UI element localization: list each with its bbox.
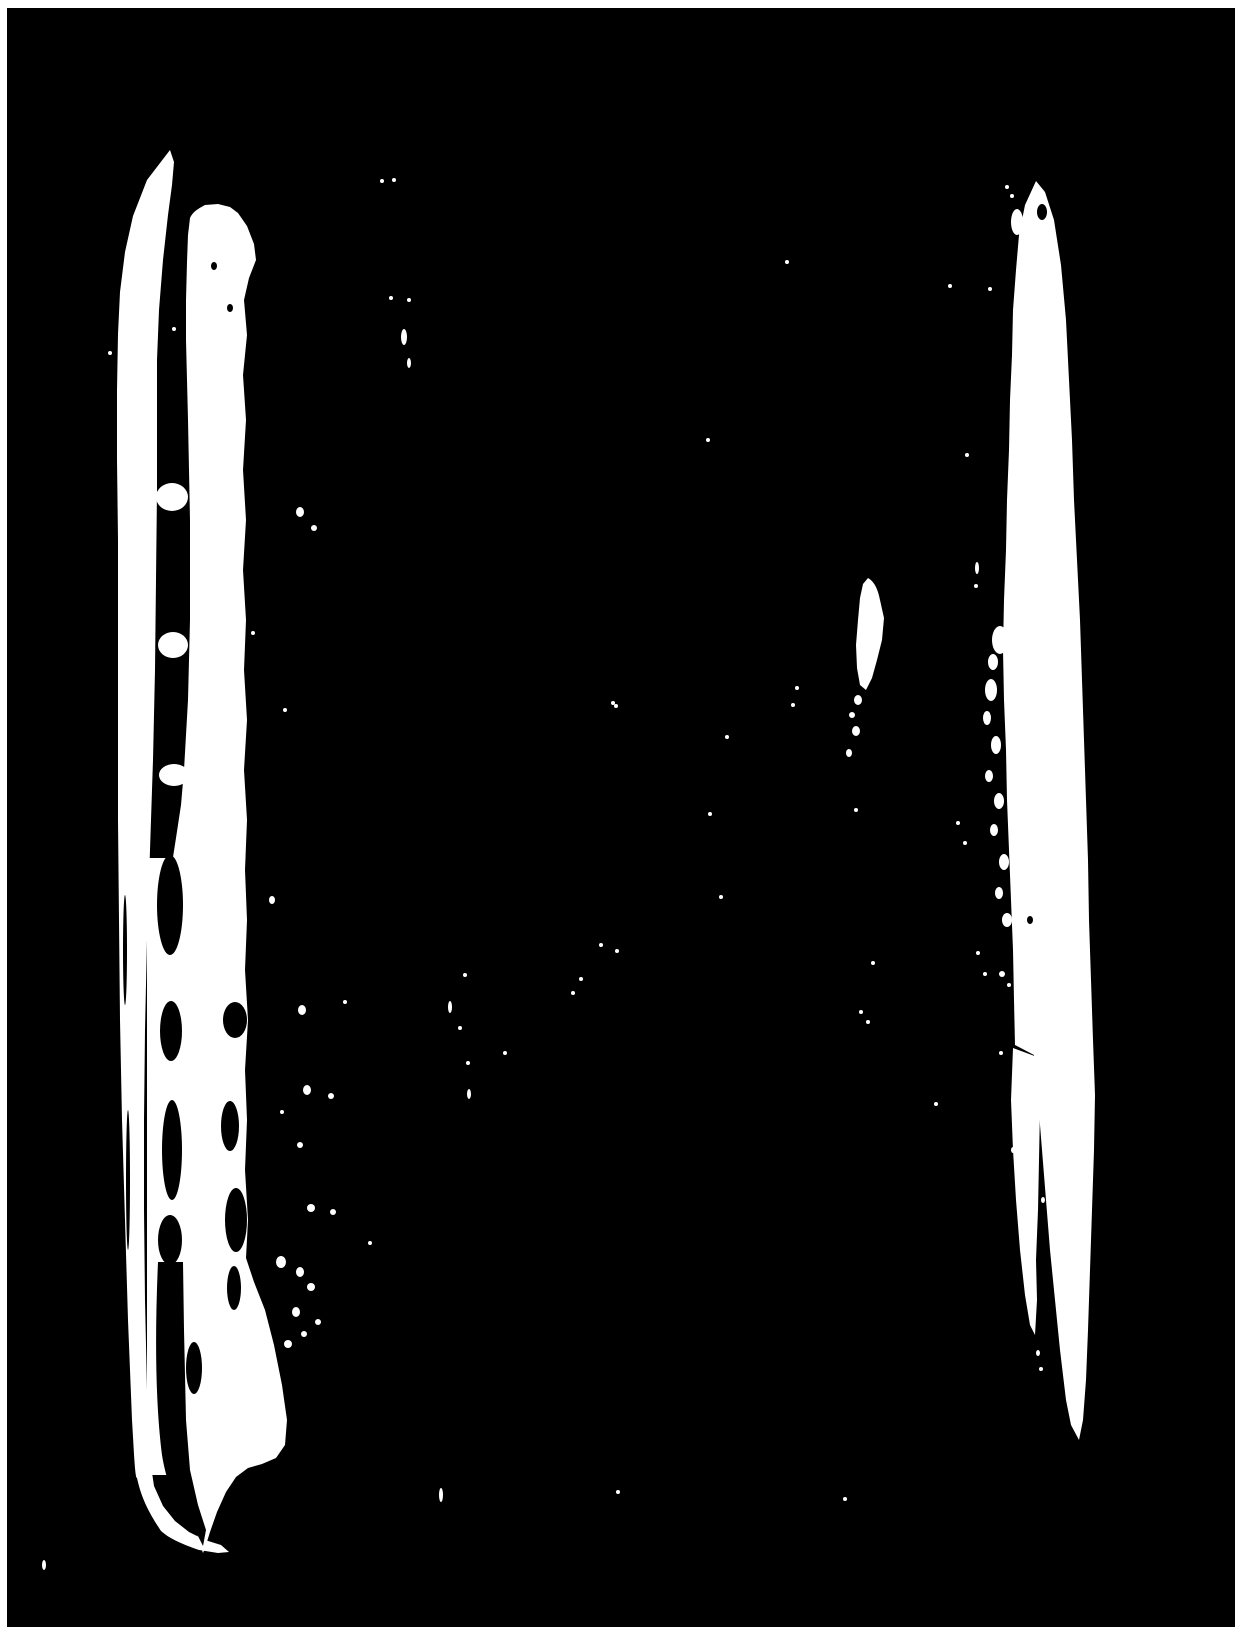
speckle-0 bbox=[156, 483, 188, 511]
speckle-60 bbox=[963, 841, 967, 845]
speckle-9 bbox=[994, 793, 1004, 809]
speckle-84 bbox=[297, 1142, 303, 1148]
speckle-27 bbox=[311, 525, 317, 531]
speckle-68 bbox=[1005, 185, 1009, 189]
speckle-88 bbox=[343, 1000, 347, 1004]
speckle-66 bbox=[934, 1102, 938, 1106]
speckle-76 bbox=[616, 1490, 620, 1494]
speckle-41 bbox=[614, 704, 618, 708]
speckle-28 bbox=[251, 631, 255, 635]
speckle-80 bbox=[298, 1005, 306, 1015]
speckle-75 bbox=[439, 1488, 443, 1502]
black-inclusion-13 bbox=[123, 895, 127, 1005]
speckle-4 bbox=[988, 654, 998, 670]
speckle-5 bbox=[985, 679, 997, 701]
speckle-72 bbox=[1042, 1126, 1048, 1134]
speckle-6 bbox=[983, 711, 991, 725]
speckle-73 bbox=[1046, 1159, 1050, 1165]
speckle-86 bbox=[330, 1209, 336, 1215]
speckle-26 bbox=[296, 507, 304, 517]
black-inclusion-11 bbox=[1037, 204, 1047, 220]
speckle-24 bbox=[172, 327, 176, 331]
speckle-44 bbox=[719, 895, 723, 899]
black-inclusion-6 bbox=[221, 1101, 239, 1151]
speckle-78 bbox=[42, 1560, 46, 1570]
speckle-64 bbox=[1007, 983, 1011, 987]
speckle-32 bbox=[975, 562, 979, 574]
speckle-23 bbox=[407, 358, 411, 368]
speckle-33 bbox=[974, 584, 978, 588]
black-inclusion-5 bbox=[223, 1002, 247, 1038]
speckle-89 bbox=[276, 1256, 286, 1268]
speckle-2 bbox=[159, 764, 189, 786]
speckle-54 bbox=[467, 1089, 471, 1099]
speckle-57 bbox=[859, 1010, 863, 1014]
speckle-14 bbox=[1011, 209, 1023, 235]
speckle-12 bbox=[995, 887, 1003, 899]
black-inclusion-7 bbox=[225, 1188, 247, 1252]
black-inclusion-9 bbox=[227, 304, 233, 312]
black-inclusion-8 bbox=[227, 1266, 241, 1310]
speckle-15 bbox=[380, 179, 384, 183]
speckle-25 bbox=[108, 351, 112, 355]
speckle-79 bbox=[269, 896, 275, 904]
speckle-37 bbox=[846, 749, 852, 757]
speckle-17 bbox=[785, 260, 789, 264]
speckle-36 bbox=[852, 726, 860, 736]
speckle-61 bbox=[976, 951, 980, 955]
speckle-92 bbox=[292, 1307, 300, 1317]
black-inclusion-0 bbox=[157, 855, 183, 955]
speckle-29 bbox=[283, 708, 287, 712]
speckle-34 bbox=[854, 695, 862, 705]
binary-image-page bbox=[0, 0, 1240, 1634]
speckle-67 bbox=[1011, 1147, 1015, 1153]
speckle-49 bbox=[463, 973, 467, 977]
speckle-52 bbox=[503, 1051, 507, 1055]
speckle-71 bbox=[1039, 1367, 1043, 1371]
speckle-10 bbox=[990, 824, 998, 836]
speckle-55 bbox=[854, 808, 858, 812]
speckle-46 bbox=[615, 949, 619, 953]
speckle-8 bbox=[985, 770, 993, 782]
black-inclusion-14 bbox=[126, 1110, 130, 1250]
black-inclusion-1 bbox=[160, 1001, 182, 1061]
speckle-70 bbox=[1036, 1350, 1040, 1356]
speckle-81 bbox=[303, 1085, 311, 1095]
speckle-56 bbox=[871, 961, 875, 965]
speckle-58 bbox=[866, 1020, 870, 1024]
speckle-95 bbox=[255, 1359, 261, 1365]
speckle-91 bbox=[307, 1283, 315, 1291]
speckle-59 bbox=[956, 821, 960, 825]
black-inclusion-3 bbox=[158, 1215, 182, 1265]
speckle-96 bbox=[301, 1331, 307, 1337]
speckle-74 bbox=[1041, 1197, 1045, 1203]
speckle-19 bbox=[988, 287, 992, 291]
speckle-48 bbox=[571, 991, 575, 995]
speckle-16 bbox=[392, 178, 396, 182]
speckle-50 bbox=[448, 1001, 452, 1013]
binary-image-figure bbox=[0, 0, 1240, 1634]
speckle-20 bbox=[389, 296, 393, 300]
speckle-83 bbox=[280, 1110, 284, 1114]
speckle-42 bbox=[725, 735, 729, 739]
speckle-93 bbox=[315, 1319, 321, 1325]
speckle-51 bbox=[458, 1026, 462, 1030]
speckle-77 bbox=[843, 1497, 847, 1501]
speckle-47 bbox=[579, 977, 583, 981]
speckle-13 bbox=[1002, 913, 1012, 927]
black-inclusion-12 bbox=[1027, 916, 1033, 924]
speckle-11 bbox=[999, 854, 1009, 870]
black-inclusion-2 bbox=[162, 1100, 182, 1200]
speckle-40 bbox=[611, 701, 615, 705]
speckle-22 bbox=[401, 329, 407, 345]
speckle-63 bbox=[999, 971, 1005, 977]
speckle-3 bbox=[992, 626, 1008, 654]
speckle-31 bbox=[965, 453, 969, 457]
speckle-21 bbox=[407, 298, 411, 302]
speckle-85 bbox=[307, 1204, 315, 1212]
speckle-43 bbox=[708, 812, 712, 816]
speckle-18 bbox=[948, 284, 952, 288]
speckle-82 bbox=[328, 1093, 334, 1099]
speckle-65 bbox=[999, 1051, 1003, 1055]
speckle-53 bbox=[466, 1061, 470, 1065]
speckle-94 bbox=[284, 1340, 292, 1348]
speckle-7 bbox=[991, 736, 1001, 754]
speckle-87 bbox=[368, 1241, 372, 1245]
black-inclusion-10 bbox=[211, 262, 217, 270]
black-inclusion-4 bbox=[186, 1342, 202, 1394]
speckle-1 bbox=[158, 632, 188, 658]
speckle-45 bbox=[599, 943, 603, 947]
speckle-39 bbox=[795, 686, 799, 690]
speckle-38 bbox=[791, 703, 795, 707]
speckle-62 bbox=[983, 972, 987, 976]
speckle-35 bbox=[849, 712, 855, 718]
speckle-90 bbox=[296, 1267, 304, 1277]
speckle-30 bbox=[706, 438, 710, 442]
speckle-69 bbox=[1010, 194, 1014, 198]
